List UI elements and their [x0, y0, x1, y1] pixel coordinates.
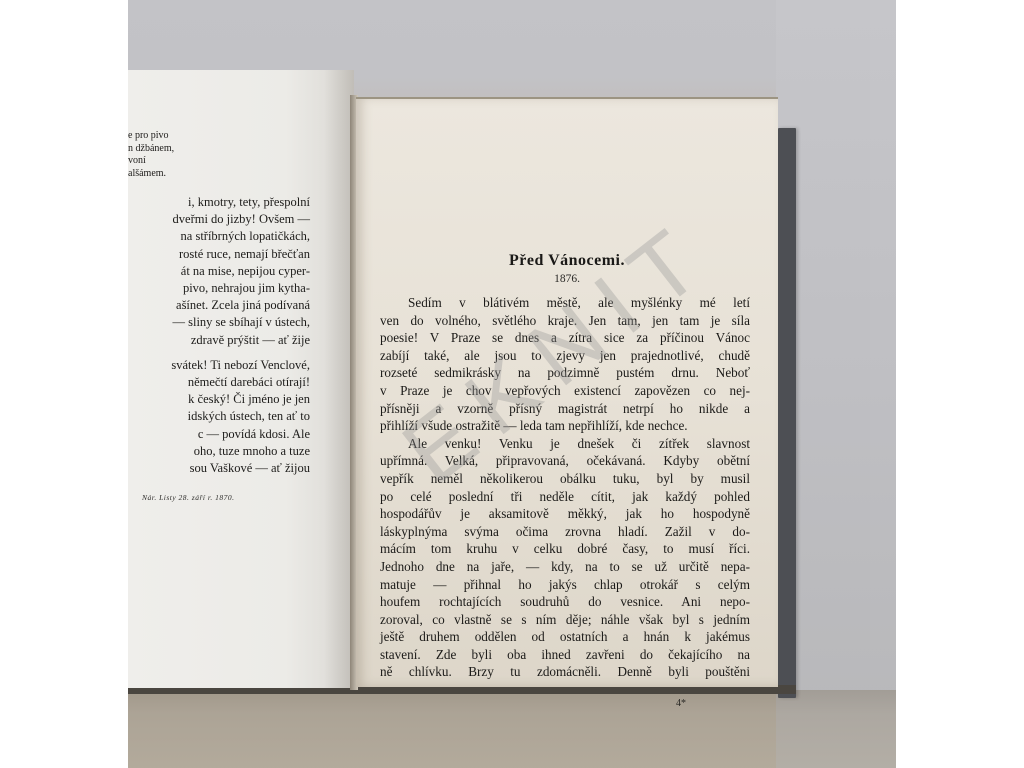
- page-number: 4*: [676, 698, 686, 709]
- text-line: — sliny se sbíhají v ústech,: [128, 314, 310, 331]
- text-line: mácím tom kruhu v celku dobré časy, to m…: [380, 540, 750, 558]
- text-line: po celé poslední tři neděle cítit, jak k…: [380, 488, 750, 506]
- text-line: Sedím v blátivém městě, ale myšlénky mé …: [380, 294, 750, 312]
- text-line: oho, tuze mnoho a tuze: [128, 443, 310, 460]
- text-line: sou Vaškové — ať žijou: [128, 460, 310, 477]
- poem-line: voní: [128, 155, 310, 168]
- text-line: poesie! V Praze se dnes a zítra sice za …: [380, 329, 750, 347]
- text-line: i, kmotry, tety, přespolní: [128, 194, 310, 211]
- text-line: přísněji a vzorně přísný magistrát netrp…: [380, 400, 750, 418]
- text-line: němečtí darebáci otírají!: [128, 374, 310, 391]
- left-page-text: e pro pivo n džbánem, voní alšámem. i, k…: [128, 130, 310, 506]
- text-line: rozseté sedmikrásky na podzimně pustém d…: [380, 364, 750, 382]
- text-line: pivo, nehrajou jim kytha-: [128, 280, 310, 297]
- text-line: Ale venku! Venku je dnešek či zítřek sla…: [380, 435, 750, 453]
- text-line: idských ústech, ten ať to: [128, 408, 310, 425]
- text-line: svátek! Ti nebozí Venclové,: [128, 357, 310, 374]
- chapter-year: 1876.: [356, 273, 778, 285]
- poem-line: n džbánem,: [128, 143, 310, 156]
- text-line: át na mise, nepijou cyper-: [128, 263, 310, 280]
- poem-line: alšámem.: [128, 168, 310, 181]
- text-line: láskyplnýma svýma očima zrovna hladí. Za…: [380, 523, 750, 541]
- chapter-title: Před Vánocemi.: [356, 252, 778, 270]
- table-surface: [128, 690, 896, 768]
- text-line: upřímná. Velká, připravovaná, očekávaná.…: [380, 452, 750, 470]
- text-line: přihlíží všude ostražitě — leda tam nepř…: [380, 417, 750, 435]
- text-line: houfem rochtajících soudruhů do vesnice.…: [380, 593, 750, 611]
- text-line: zabíjí také, ale jsou to zjevy jen praje…: [380, 347, 750, 365]
- right-page: Před Vánocemi. 1876. Sedím v blátivém mě…: [356, 97, 778, 687]
- poem-line: e pro pivo: [128, 130, 310, 143]
- text-line: ně chlívku. Brzy tu zdomácněli. Denně by…: [380, 663, 750, 681]
- left-page-poem: e pro pivo n džbánem, voní alšámem.: [128, 130, 310, 180]
- book-back-cover-edge: [778, 128, 796, 698]
- text-line: matuje — přihnal ho jakýs chlap otrokář …: [380, 576, 750, 594]
- text-line: ašínet. Zcela jiná podívaná: [128, 297, 310, 314]
- text-line: rosté ruce, nemají břečťan: [128, 246, 310, 263]
- text-line: stavení. Zde byli oba ihned zavřeni do č…: [380, 646, 750, 664]
- text-line: v Praze je chov vepřových existencí zapo…: [380, 382, 750, 400]
- text-line: k český! Či jméno je jen: [128, 391, 310, 408]
- text-line: dveřmi do jizby! Ovšem —: [128, 211, 310, 228]
- page-top-edge: [356, 97, 778, 99]
- left-page: e pro pivo n džbánem, voní alšámem. i, k…: [128, 70, 354, 688]
- text-line: zdravě prýštit — ať žije: [128, 332, 310, 349]
- book-photo: e pro pivo n džbánem, voní alšámem. i, k…: [128, 0, 896, 768]
- text-line: na stříbrných lopatičkách,: [128, 228, 310, 245]
- chapter-body: Sedím v blátivém městě, ale myšlénky mé …: [380, 294, 750, 681]
- text-line: vepřík neměl několikerou obálku tuku, by…: [380, 470, 750, 488]
- text-line: hospodářův je aksamitově měkký, jak ho h…: [380, 505, 750, 523]
- text-line: ještě druhem oddělen od ostatních a hnán…: [380, 628, 750, 646]
- text-line: zoroval, co vlastně se s ním děje; náhle…: [380, 611, 750, 629]
- source-citation: Nár. Listy 28. září r. 1870.: [128, 489, 310, 506]
- text-line: ven do volného, světlého kraje. Jen tam,…: [380, 312, 750, 330]
- text-line: Jednoho dne na jaře, — kdy, na to se už …: [380, 558, 750, 576]
- text-line: c — povídá kdosi. Ale: [128, 426, 310, 443]
